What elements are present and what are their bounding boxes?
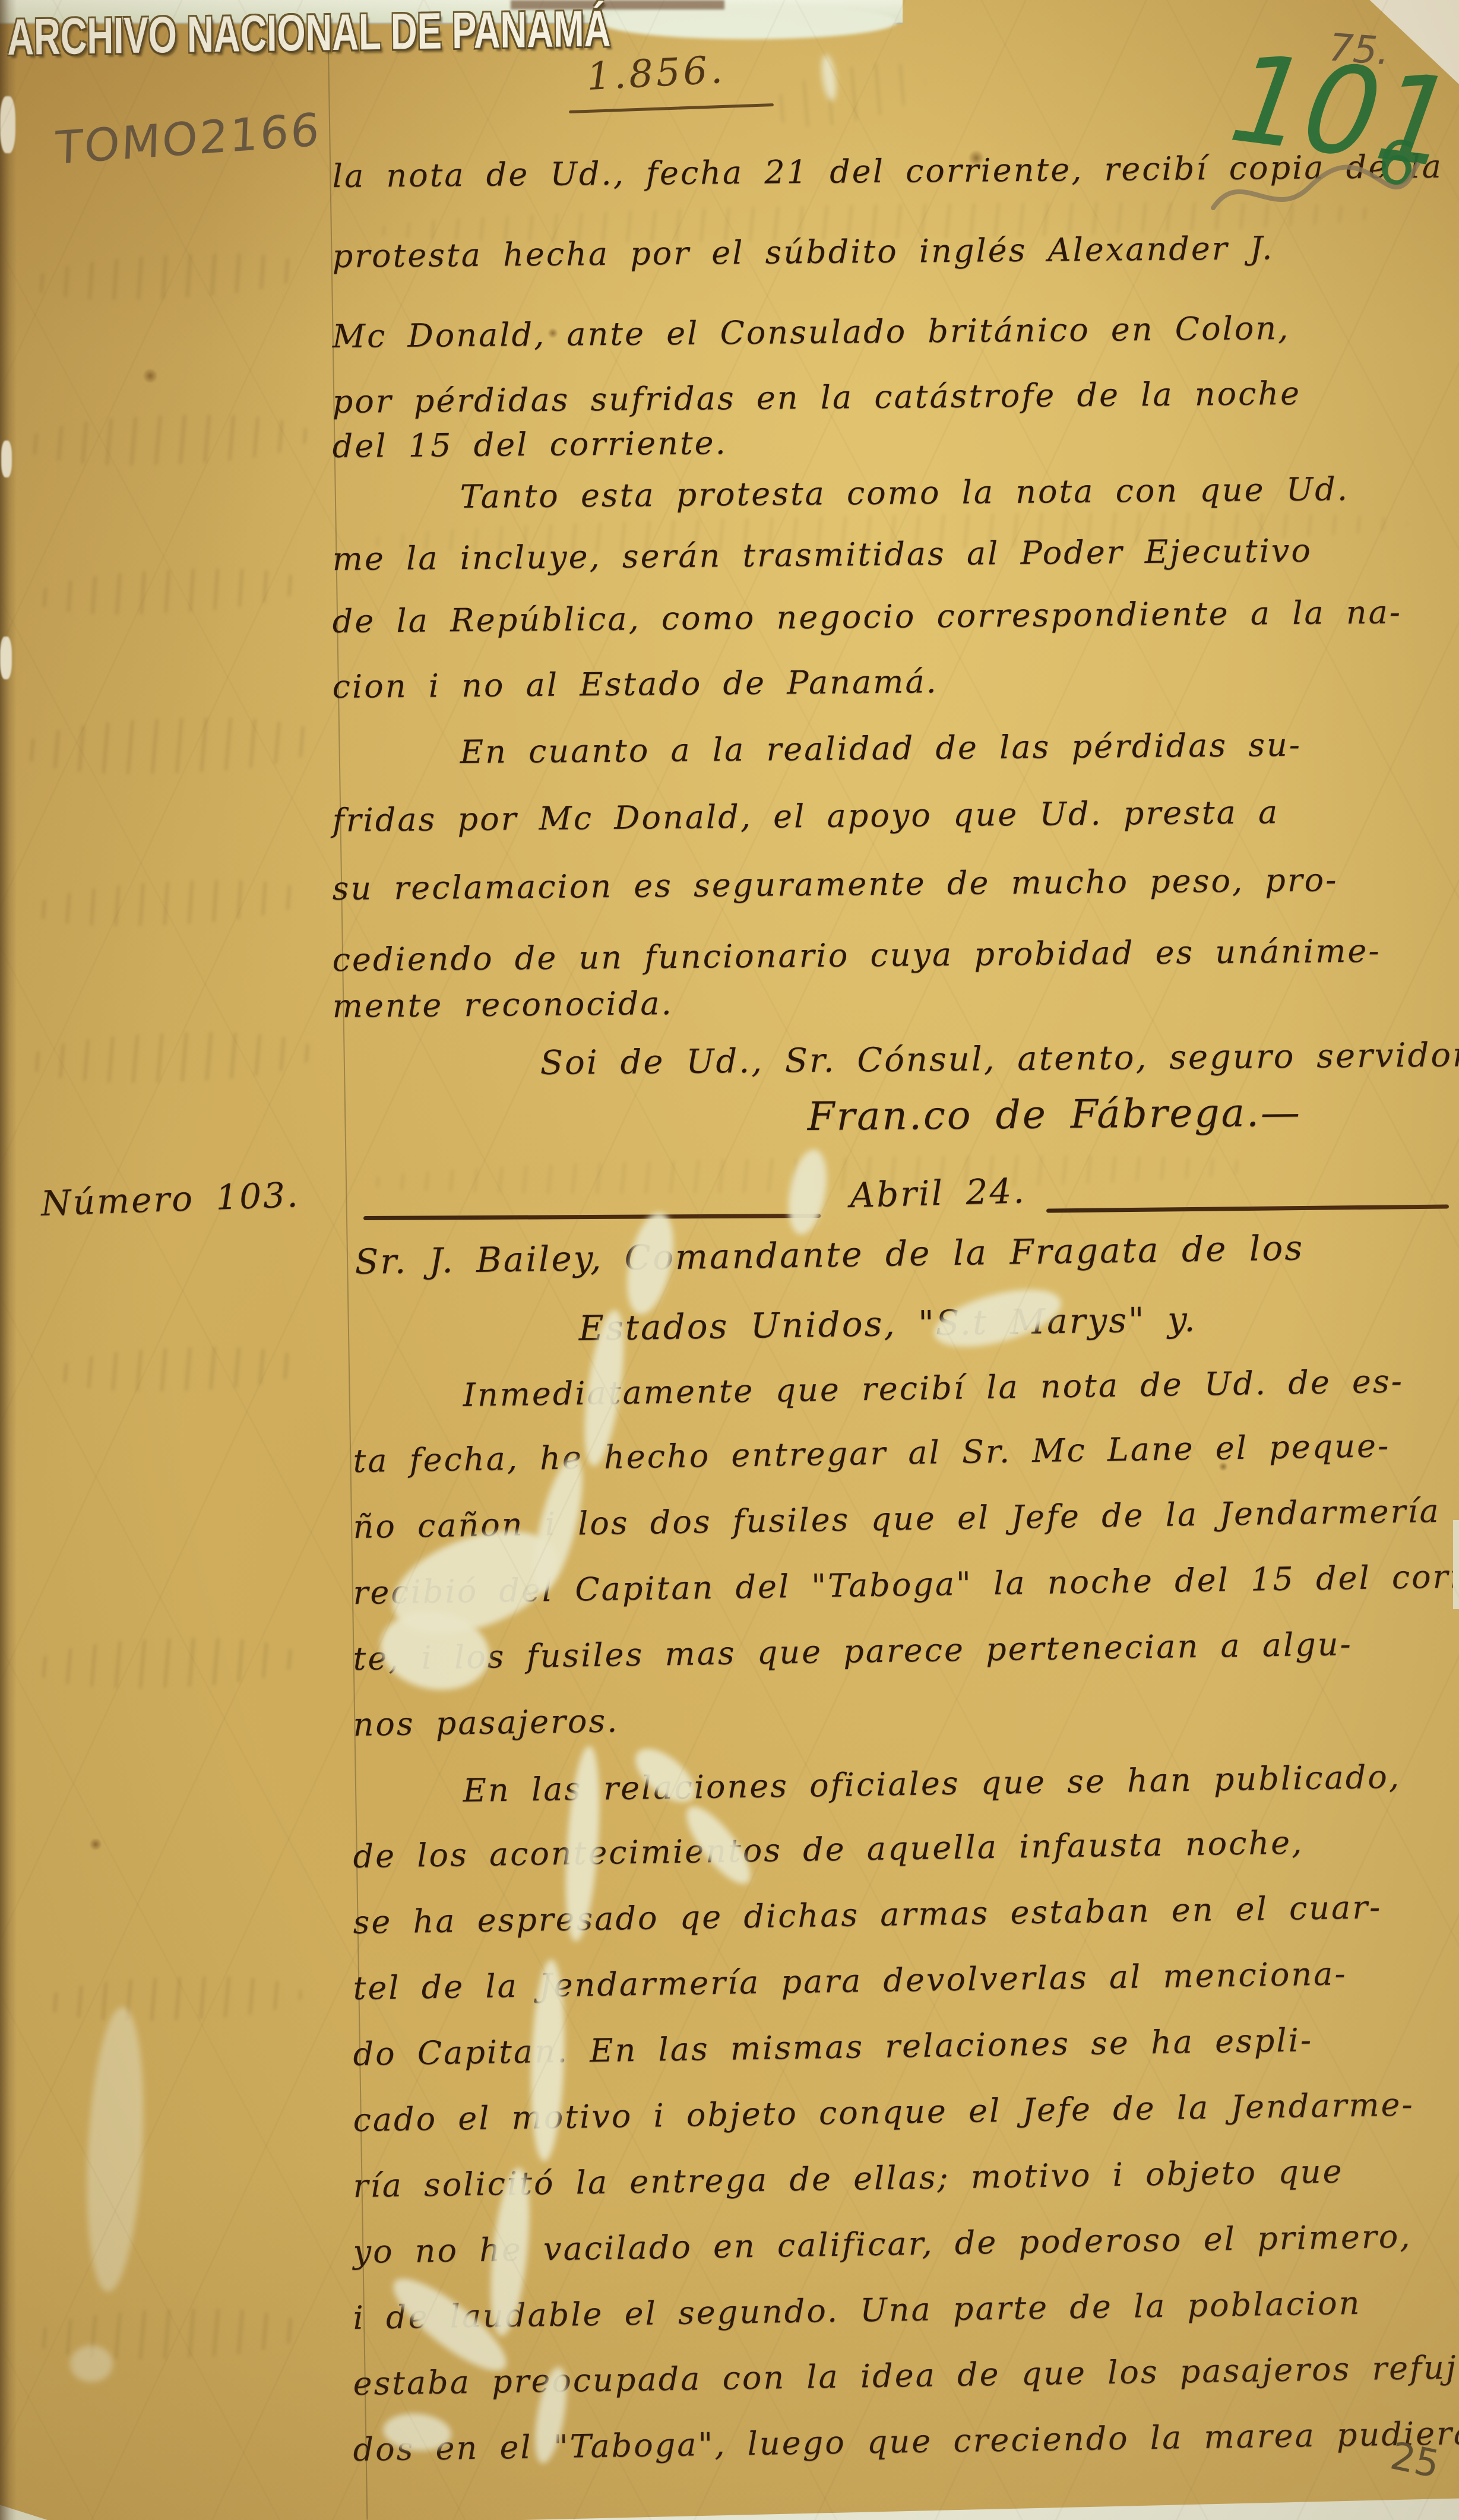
manuscript-line: protesta hecha por el súbdito inglés Ale…: [333, 232, 1274, 273]
manuscript-line: del 15 del corriente.: [333, 427, 727, 463]
manuscript-line: mente reconocida.: [333, 987, 673, 1022]
manuscript-line: Tanto esta protesta como la nota con que…: [460, 473, 1350, 513]
manuscript-line: fridas por Mc Donald, el apoyo que Ud. p…: [333, 796, 1280, 837]
manuscript-line: de la República, como negocio correspond…: [333, 596, 1403, 638]
divider-rule-left: [363, 1214, 821, 1220]
manuscript-line: tel de la Jendarmería para devolverlas a…: [353, 1958, 1347, 2005]
divider-date: Abril 24.: [849, 1173, 1026, 1212]
paper-stain: [70, 2345, 113, 2382]
pencil-strikethrough: [1208, 151, 1422, 229]
bleed-through-text: [56, 1344, 306, 1395]
manuscript-line: do Capitan. En las mismas relaciones se …: [353, 2024, 1313, 2071]
manuscript-line: En cuanto a la realidad de las pérdidas …: [460, 729, 1302, 768]
manuscript-line: me la incluye, serán trasmitidas al Pode…: [333, 535, 1313, 575]
bottom-page-number: 25: [1387, 2437, 1442, 2484]
book-gutter-left: [0, 0, 17, 2520]
manuscript-page: la nota de Ud., fecha 21 del corriente, …: [0, 0, 1459, 2520]
age-spot: [1219, 1462, 1228, 1471]
year-underline: [569, 103, 774, 113]
manuscript-line: cediendo de un funcionario cuya probidad…: [333, 935, 1381, 976]
bleed-through-text: [28, 1028, 315, 1087]
manuscript-line: Mc Donald, ante el Consulado británico e…: [333, 312, 1290, 353]
manuscript-line: de los acontecimientos de aquella infaus…: [353, 1826, 1303, 1873]
recipient-line: Sr. J. Bailey, Comandante de la Fragata …: [355, 1230, 1304, 1279]
bleed-through-text: [46, 1973, 302, 2025]
manuscript-line: estaba preocupada con la idea de que los…: [353, 2351, 1459, 2400]
paper-bottom-edge: [523, 2489, 1459, 2520]
age-spot: [968, 150, 985, 166]
bleed-through-text: [31, 248, 306, 305]
edge-speck: [0, 96, 15, 153]
manuscript-line: dos en el "Taboga", luego que creciendo …: [353, 2417, 1459, 2466]
manuscript-line: se ha espresado qe dichas armas estaban …: [353, 1891, 1382, 1939]
bleed-through-text: [33, 875, 308, 932]
document-number-label: Número 103.: [40, 1177, 300, 1221]
paper-stain: [928, 1278, 1066, 1358]
age-spot: [143, 368, 158, 384]
age-spot: [547, 328, 558, 338]
bleed-through-text: [34, 563, 303, 619]
edge-speck: [1, 441, 12, 477]
age-spot: [89, 1838, 102, 1851]
bleed-through-year: [768, 53, 930, 137]
edge-sliver-right: [1453, 1520, 1459, 1609]
manuscript-line: ría solicitó la entrega de ellas; motivo…: [353, 2155, 1344, 2202]
letter-closing: Soi de Ud., Sr. Cónsul, atento, seguro s…: [540, 1039, 1459, 1080]
manuscript-line: ta fecha, he hecho entregar al Sr. Mc La…: [353, 1430, 1390, 1477]
edge-speck: [0, 637, 12, 679]
manuscript-line: su reclamacion es seguramente de mucho p…: [333, 864, 1338, 905]
manuscript-line: En las relaciones oficiales que se han p…: [463, 1761, 1401, 1807]
year-heading: 1.856.: [586, 51, 726, 96]
paper-stain: [81, 2006, 150, 2293]
bleed-through-text: [23, 713, 322, 778]
manuscript-line: cado el motivo i objeto conque el Jefe d…: [353, 2088, 1414, 2136]
recipient-line: Estados Unidos, "S.t Marys" y.: [578, 1302, 1197, 1346]
manuscript-line: por pérdidas sufridas en la catástrofe d…: [333, 378, 1302, 418]
signature: Fran.co de Fábrega.—: [807, 1093, 1302, 1136]
divider-rule-right: [1046, 1204, 1449, 1212]
bleed-through-text: [35, 1634, 298, 1692]
manuscript-line: te, i los fusiles mas que parece pertene…: [353, 1628, 1353, 1675]
bleed-through-text: [26, 411, 310, 470]
tomo-number: TOMO2166: [54, 107, 322, 171]
manuscript-line: nos pasajeros.: [353, 1705, 619, 1741]
paper-top-edge-notch: [600, 5, 897, 39]
archive-watermark-stamp: ARCHIVO NACIONAL DE PANAMÁ: [7, 3, 611, 63]
manuscript-line: cion i no al Estado de Panamá.: [333, 666, 939, 703]
